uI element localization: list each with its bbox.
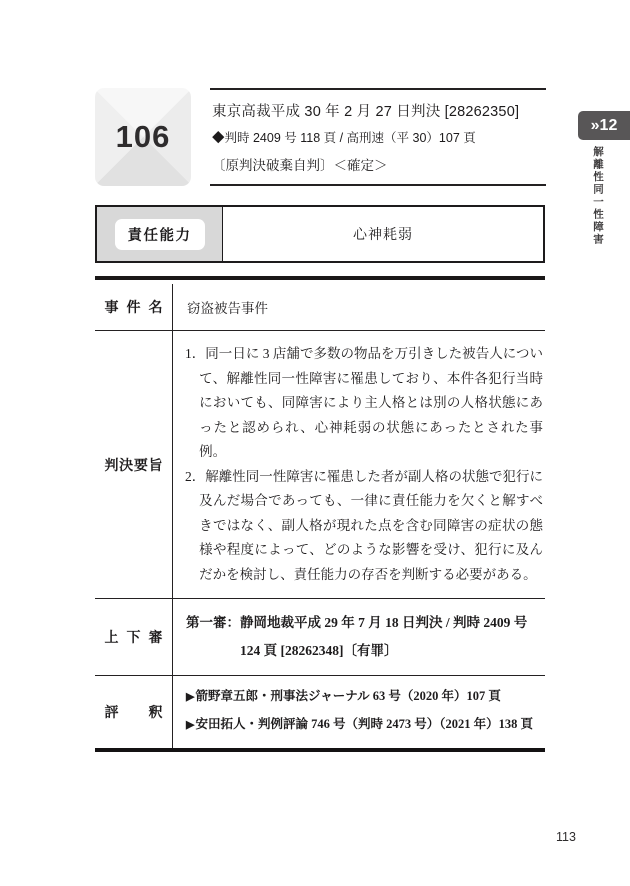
commentary-item: ▶安田拓人・判例評論 746 号（判時 2473 号）（2021 年）138 頁 — [186, 711, 545, 739]
chapter-tab: »12 — [578, 111, 630, 140]
case-number-box: 106 — [95, 88, 191, 186]
case-header: 東京高裁平成 30 年 2 月 27 日判決 [28262350] ◆判時 24… — [210, 88, 546, 186]
case-name-label-cell: 事件名 — [95, 284, 172, 330]
table-row-commentary: 評釈 ▶箭野章五郎・刑事法ジャーナル 63 号（2020 年）107 頁 ▶安田… — [95, 676, 545, 748]
keyword-category-cell: 責任能力 — [97, 207, 223, 261]
commentary-value: ▶箭野章五郎・刑事法ジャーナル 63 号（2020 年）107 頁 ▶安田拓人・… — [172, 676, 545, 748]
triangle-bullet-icon: ▶ — [186, 719, 194, 731]
first-instance-line: 第一審：静岡地裁平成 29 年 7 月 18 日判決 / 判時 2409 号 — [186, 609, 545, 637]
keyword-value: 心神耗弱 — [223, 207, 543, 261]
commentary-item-text: 箭野章五郎・刑事法ジャーナル 63 号（2020 年）107 頁 — [195, 689, 500, 703]
courts-label: 上下審 — [105, 627, 163, 647]
case-number: 106 — [116, 119, 171, 155]
courts-value: 第一審：静岡地裁平成 29 年 7 月 18 日判決 / 判時 2409 号 1… — [172, 599, 545, 675]
keyword-category-label: 責任能力 — [115, 219, 205, 250]
summary-paragraph-2: 2．解離性同一性障害に罹患した者が副人格の状態で犯行に及んだ場合であっても、一律… — [185, 465, 543, 588]
table-row-summary: 判決要旨 1．同一日に 3 店舗で多数の物品を万引きした被告人について、解離性同… — [95, 331, 545, 599]
commentary-item-text: 安田拓人・判例評論 746 号（判時 2473 号）（2021 年）138 頁 — [195, 717, 533, 731]
table-row-case-name: 事件名 窃盗被告事件 — [95, 284, 545, 331]
case-name-label: 事件名 — [105, 297, 163, 317]
case-info-table: 事件名 窃盗被告事件 判決要旨 1．同一日に 3 店舗で多数の物品を万引きした被… — [95, 284, 545, 752]
summary-value: 1．同一日に 3 店舗で多数の物品を万引きした被告人について、解離性同一性障害に… — [172, 331, 545, 598]
summary-label-cell: 判決要旨 — [95, 331, 172, 598]
first-instance-continuation: 124 頁 [28262348]〔有罪〕 — [240, 637, 545, 665]
table-row-courts: 上下審 第一審：静岡地裁平成 29 年 7 月 18 日判決 / 判時 2409… — [95, 599, 545, 676]
chapter-tab-number: »12 — [591, 117, 618, 135]
summary-paragraph-1: 1．同一日に 3 店舗で多数の物品を万引きした被告人について、解離性同一性障害に… — [185, 342, 543, 465]
keyword-box: 責任能力 心神耗弱 — [95, 205, 545, 263]
commentary-label-cell: 評釈 — [95, 676, 172, 748]
commentary-label: 評釈 — [105, 702, 163, 722]
double-rule-divider — [95, 276, 545, 280]
case-name-value: 窃盗被告事件 — [172, 284, 545, 330]
chapter-title-vertical: 解離性同一性障害 — [591, 146, 606, 246]
triangle-bullet-icon: ▶ — [186, 691, 194, 703]
book-page: 106 東京高裁平成 30 年 2 月 27 日判決 [28262350] ◆判… — [0, 0, 630, 886]
disposition-line: 〔原判決破棄自判〕＜確定＞ — [212, 154, 546, 174]
page-number: 113 — [556, 830, 576, 844]
judgment-title: 東京高裁平成 30 年 2 月 27 日判決 [28262350] — [212, 100, 546, 121]
courts-label-cell: 上下審 — [95, 599, 172, 675]
commentary-item: ▶箭野章五郎・刑事法ジャーナル 63 号（2020 年）107 頁 — [186, 683, 545, 711]
citation-line: ◆判時 2409 号 118 頁 / 高刑速（平 30）107 頁 — [212, 128, 546, 146]
summary-label: 判決要旨 — [105, 455, 163, 475]
